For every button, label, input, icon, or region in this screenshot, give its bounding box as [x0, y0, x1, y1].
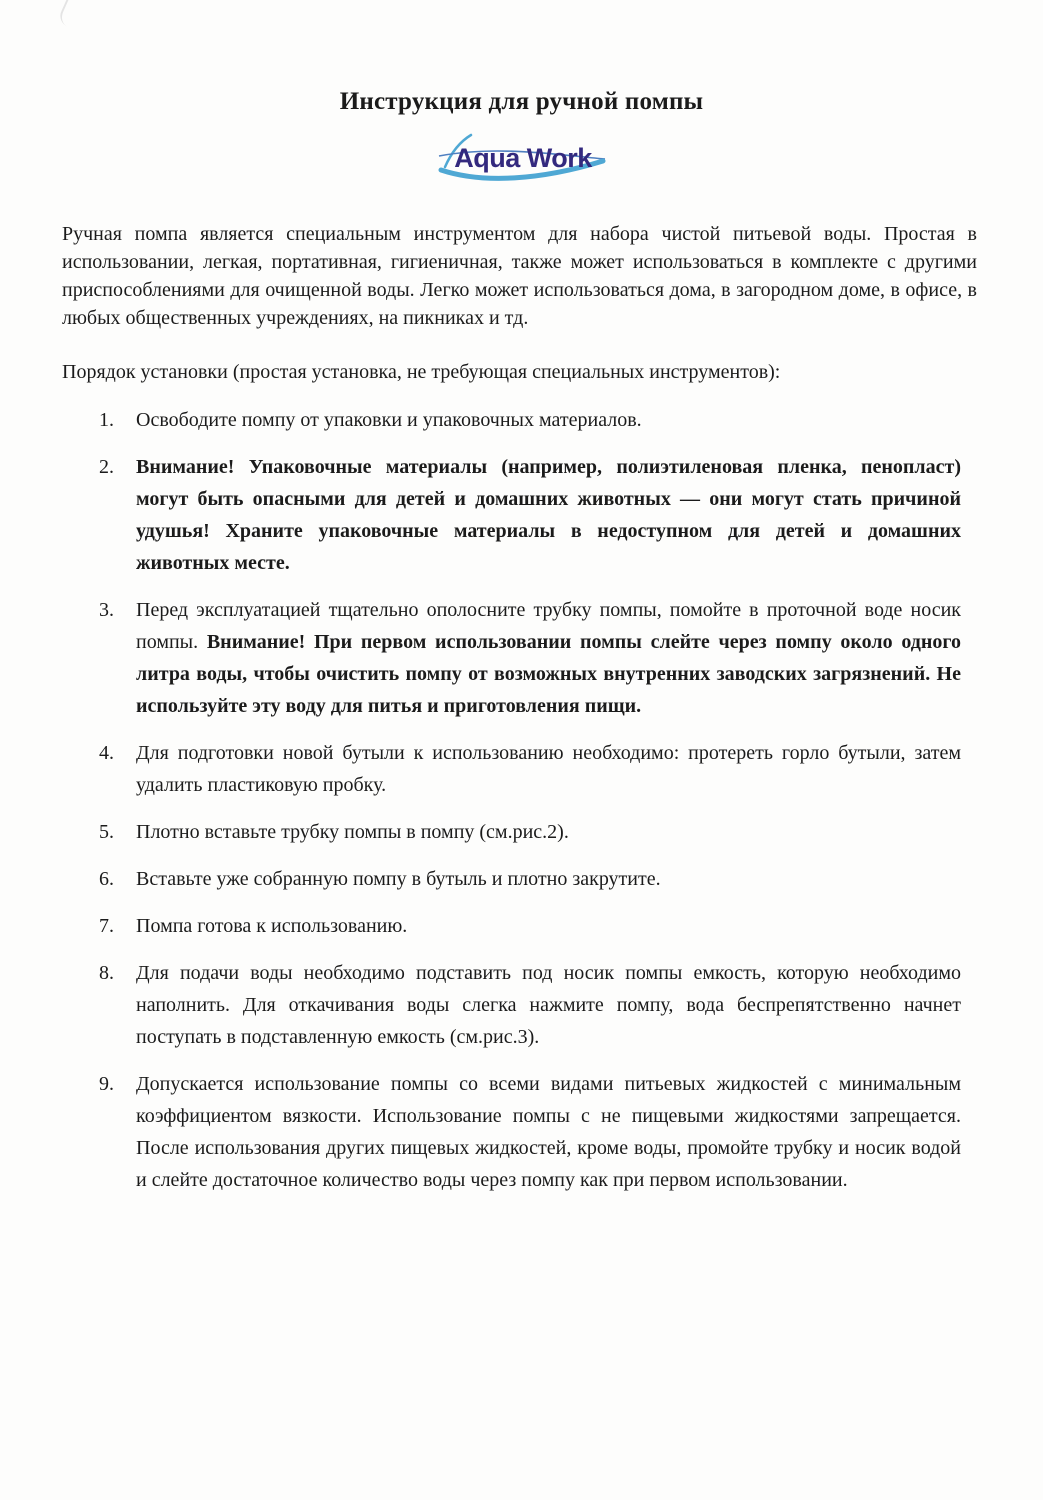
step-item-3: 3. Перед эксплуатацией тщательно ополосн…	[136, 594, 961, 722]
step-number: 5.	[99, 816, 114, 848]
step-number: 4.	[99, 737, 114, 769]
step-item-9: 9. Допускается использование помпы со вс…	[136, 1068, 961, 1196]
step-item-7: 7. Помпа готова к использованию.	[136, 910, 961, 942]
step-text: Вставьте уже собранную помпу в бутыль и …	[136, 868, 661, 890]
step-text: Плотно вставьте трубку помпы в помпу (см…	[136, 821, 569, 843]
steps-list: 1. Освободите помпу от упаковки и упаков…	[0, 404, 1043, 1196]
step-item-1: 1. Освободите помпу от упаковки и упаков…	[136, 404, 961, 436]
step-item-8: 8. Для подачи воды необходимо подставить…	[136, 957, 961, 1053]
aquawork-logo-graphic: Aqua Work	[433, 132, 611, 186]
step-text: Помпа готова к использованию.	[136, 915, 407, 937]
step-text: Для подачи воды необходимо подставить по…	[136, 962, 961, 1048]
step-number: 9.	[99, 1068, 114, 1100]
logo-wordmark: Aqua Work	[454, 143, 593, 173]
step-text: Для подготовки новой бутыли к использова…	[136, 742, 961, 796]
brand-logo: Aqua Work	[0, 132, 1043, 186]
step-number: 2.	[99, 451, 114, 483]
step-text-bold: Внимание! Упаковочные материалы (наприме…	[136, 456, 961, 574]
page-title: Инструкция для ручной помпы	[0, 0, 1043, 116]
step-item-6: 6. Вставьте уже собранную помпу в бутыль…	[136, 863, 961, 895]
step-text: Допускается использование помпы со всеми…	[136, 1073, 961, 1191]
intro-paragraph: Ручная помпа является специальным инстру…	[62, 220, 977, 332]
scanned-document-page: Инструкция для ручной помпы Aqua Work Ру…	[0, 0, 1043, 1500]
step-number: 1.	[99, 404, 114, 436]
step-text-bold: Внимание! При первом использовании помпы…	[136, 631, 961, 717]
step-number: 6.	[99, 863, 114, 895]
setup-heading: Порядок установки (простая установка, не…	[62, 358, 977, 386]
step-item-2: 2. Внимание! Упаковочные материалы (напр…	[136, 451, 961, 579]
step-item-5: 5. Плотно вставьте трубку помпы в помпу …	[136, 816, 961, 848]
step-number: 8.	[99, 957, 114, 989]
step-item-4: 4. Для подготовки новой бутыли к использ…	[136, 737, 961, 801]
step-number: 3.	[99, 594, 114, 626]
step-number: 7.	[99, 910, 114, 942]
step-text: Освободите помпу от упаковки и упаковочн…	[136, 409, 642, 431]
